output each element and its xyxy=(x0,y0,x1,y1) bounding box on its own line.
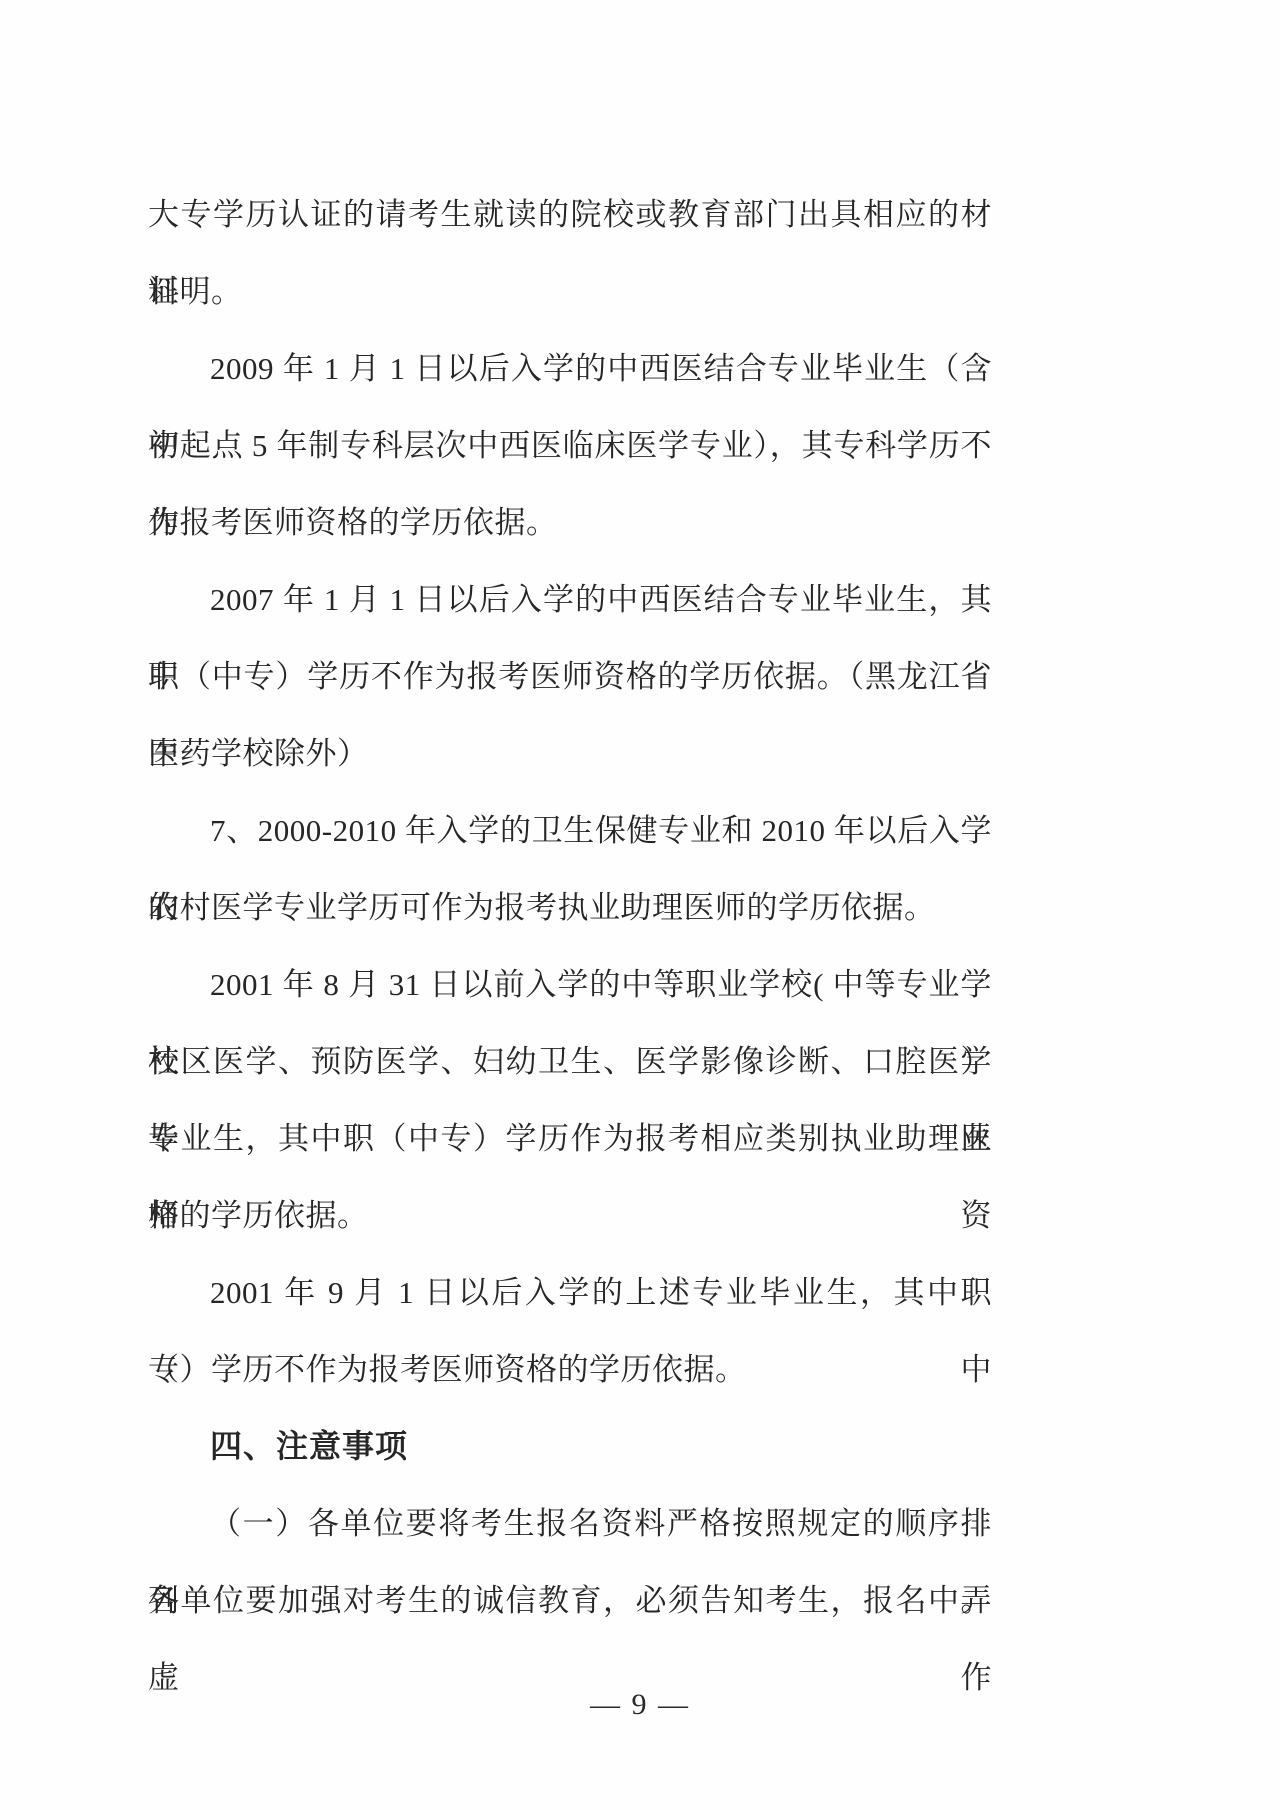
page-number: — 9 — xyxy=(0,1688,1280,1722)
document-page: 大专学历认证的请考生就读的院校或教育部门出具相应的材料证明。2009 年 1 月… xyxy=(0,0,1280,1810)
text-line: 7、2000-2010 年入学的卫生保健专业和 2010 年以后入学的 xyxy=(148,792,992,869)
text-line: （一）各单位要将考生报名资料严格按照规定的顺序排列。 xyxy=(148,1485,992,1562)
document-lines: 大专学历认证的请考生就读的院校或教育部门出具相应的材料证明。2009 年 1 月… xyxy=(148,176,992,1639)
text-line: 2009 年 1 月 1 日以后入学的中西医结合专业毕业生（含初 xyxy=(148,330,992,407)
text-line: 医药学校除外） xyxy=(148,715,992,792)
text-line: 2001 年 8 月 31 日以前入学的中等职业学校( 中等专业学校） xyxy=(148,946,992,1023)
text-line: 为报考医师资格的学历依据。 xyxy=(148,484,992,561)
section-heading: 四、注意事项 xyxy=(148,1408,992,1485)
text-line: 2001 年 9 月 1 日以后入学的上述专业毕业生，其中职（中 xyxy=(148,1254,992,1331)
text-line: 中起点 5 年制专科层次中西医临床医学专业），其专科学历不作 xyxy=(148,407,992,484)
text-line: 证明。 xyxy=(148,253,992,330)
text-line: 职（中专）学历不作为报考医师资格的学历依据。（黑龙江省中 xyxy=(148,638,992,715)
text-line: 社区医学、预防医学、妇幼卫生、医学影像诊断、口腔医学专业 xyxy=(148,1023,992,1100)
text-line: 农村医学专业学历可作为报考执业助理医师的学历依据。 xyxy=(148,869,992,946)
text-line: 各单位要加强对考生的诚信教育，必须告知考生，报名中弄虚作 xyxy=(148,1562,992,1639)
text-line: 大专学历认证的请考生就读的院校或教育部门出具相应的材料 xyxy=(148,176,992,253)
text-line: 毕业生，其中职（中专）学历作为报考相应类别执业助理医师资 xyxy=(148,1100,992,1177)
text-line: 2007 年 1 月 1 日以后入学的中西医结合专业毕业生，其中 xyxy=(148,561,992,638)
